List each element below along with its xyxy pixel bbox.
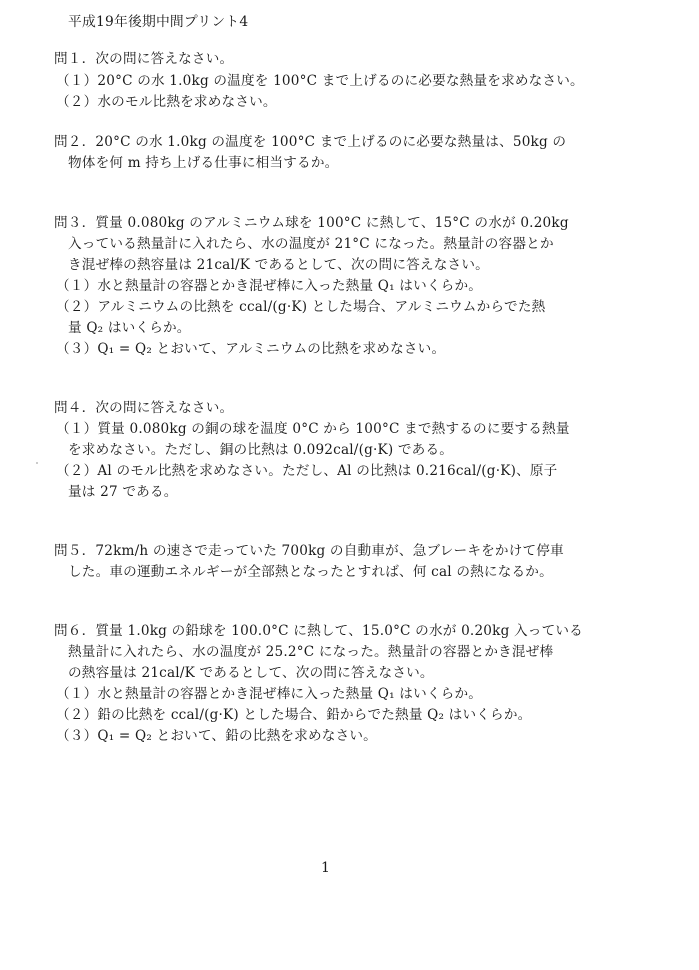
question-6-sub-3: （３）Q₁ = Q₂ とおいて、鉛の比熱を求めなさい。	[56, 726, 377, 746]
question-1-heading: 問１．次の問に答えなさい。	[54, 49, 233, 69]
question-4-sub-2-cont: 量は 27 である。	[68, 482, 178, 502]
question-2-line-1: 問２．20°C の水 1.0kg の温度を 100°C まで上げるのに必要な熱量…	[54, 132, 566, 152]
question-6-line-1: 問６．質量 1.0kg の鉛球を 100.0°C に熱して、15.0°C の水が…	[54, 621, 583, 641]
question-4-sub-2: （２）Al のモル比熱を求めなさい。ただし、Al の比熱は 0.216cal/(…	[56, 461, 557, 481]
question-3-line-3: き混ぜ棒の熱容量は 21cal/K であるとして、次の問に答えなさい。	[68, 255, 489, 275]
question-3-line-1: 問３．質量 0.080kg のアルミニウム球を 100°C に熱して、15°C …	[54, 213, 569, 233]
page-number: 1	[321, 860, 330, 876]
question-6-sub-1: （１）水と熱量計の容器とかき混ぜ棒に入った熱量 Q₁ はいくらか。	[56, 684, 482, 704]
question-3-sub-2: （２）アルミニウムの比熱を ccal/(g·K) とした場合、アルミニウムからで…	[56, 297, 545, 317]
question-4-heading: 問４．次の問に答えなさい。	[54, 398, 233, 418]
question-5-line-1: 問５．72km/h の速さで走っていた 700kg の自動車が、急ブレーキをかけ…	[54, 541, 564, 561]
question-6-line-2: 熱量計に入れたら、水の温度が 25.2°C になった。熱量計の容器とかき混ぜ棒	[68, 642, 553, 662]
question-4-sub-1: （１）質量 0.080kg の銅の球を温度 0°C から 100°C まで熱する…	[56, 419, 570, 439]
exam-page: 平成19年後期中間プリント4 問１．次の問に答えなさい。 （１）20°C の水 …	[0, 0, 699, 970]
question-1-sub-2: （２）水のモル比熱を求めなさい。	[56, 92, 277, 112]
question-3-sub-1: （１）水と熱量計の容器とかき混ぜ棒に入った熱量 Q₁ はいくらか。	[56, 276, 482, 296]
question-6-line-3: の熱容量は 21cal/K であるとして、次の問に答えなさい。	[68, 663, 434, 683]
document-title: 平成19年後期中間プリント4	[68, 12, 248, 32]
question-3-line-2: 入っている熱量計に入れたら、水の温度が 21°C になった。熱量計の容器とか	[68, 234, 554, 254]
question-4-sub-1-cont: を求めなさい。ただし、銅の比熱は 0.092cal/(g·K) である。	[68, 440, 453, 460]
question-3-sub-3: （３）Q₁ = Q₂ とおいて、アルミニウムの比熱を求めなさい。	[56, 339, 445, 359]
scan-speck	[36, 462, 38, 464]
question-2-line-2: 物体を何 m 持ち上げる仕事に相当するか。	[68, 153, 338, 173]
question-6-sub-2: （２）鉛の比熱を ccal/(g·K) とした場合、鉛からでた熱量 Q₂ はいく…	[56, 705, 531, 725]
question-1-sub-1: （１）20°C の水 1.0kg の温度を 100°C まで上げるのに必要な熱量…	[56, 71, 584, 91]
question-5-line-2: した。車の運動エネルギーが全部熱となったとすれば、何 cal の熱になるか。	[68, 562, 553, 582]
question-3-sub-2-cont: 量 Q₂ はいくらか。	[68, 318, 191, 338]
